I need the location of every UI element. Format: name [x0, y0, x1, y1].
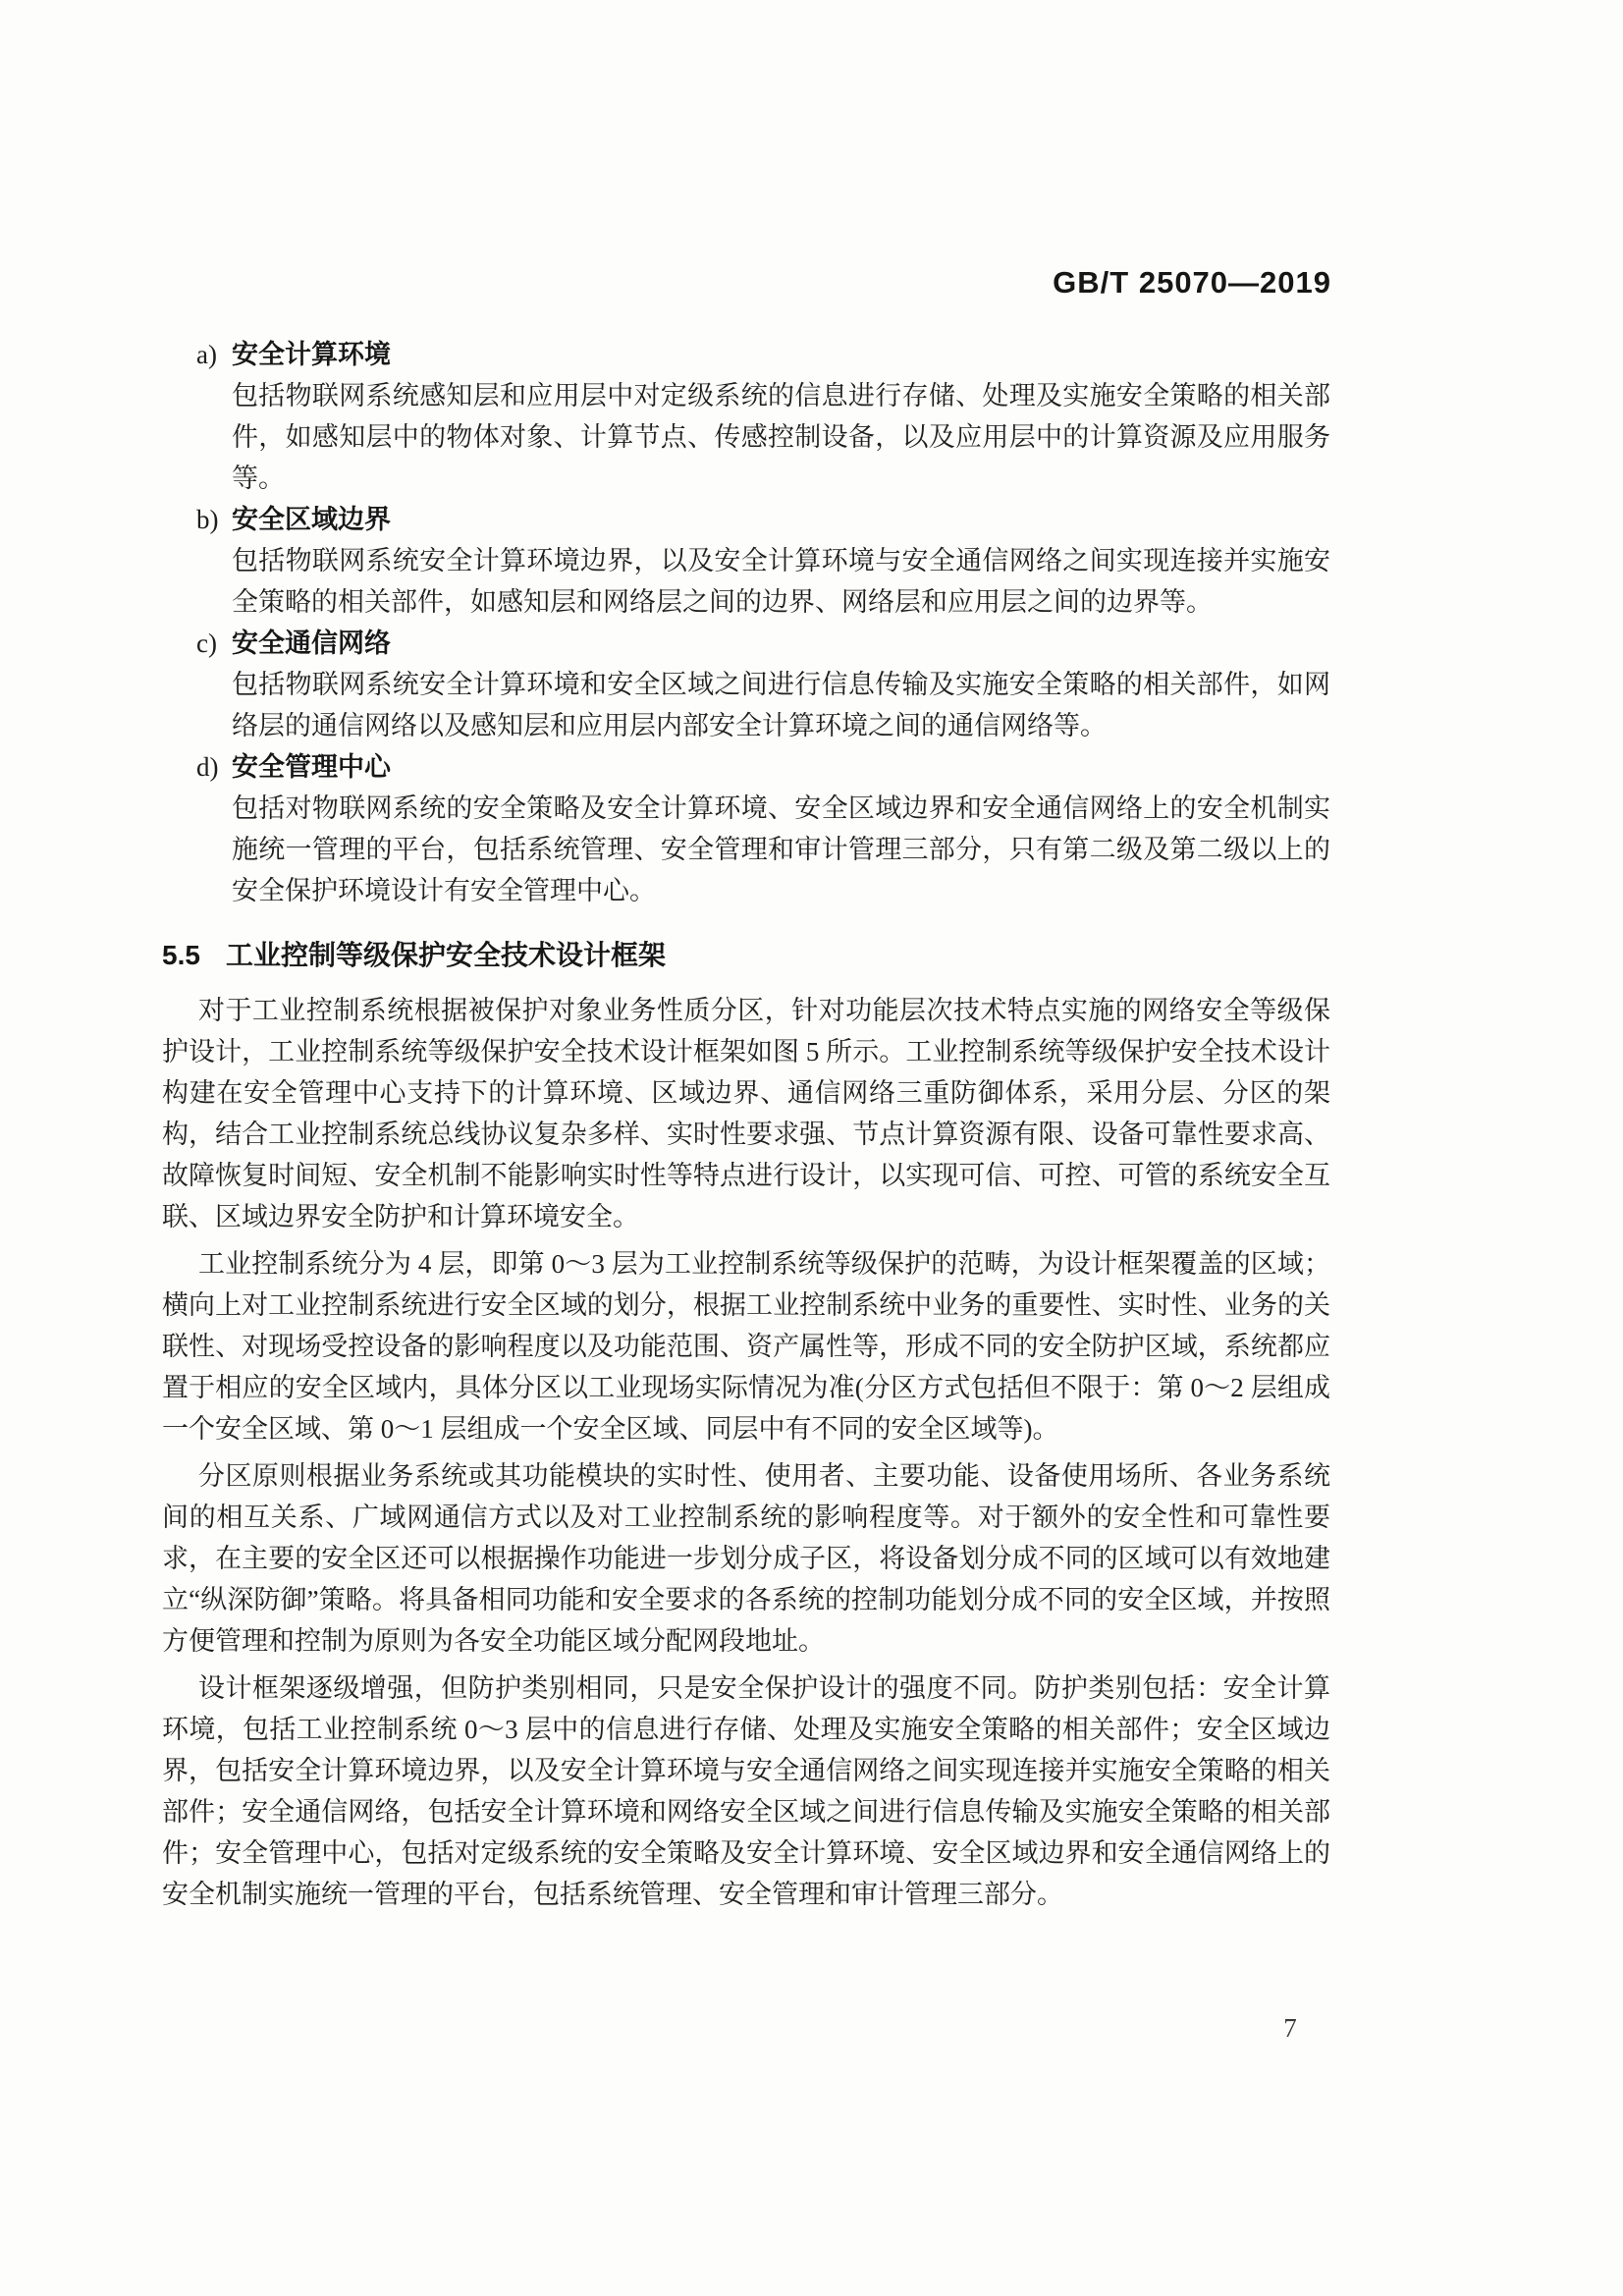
list-item-heading: d) 安全管理中心	[162, 746, 1330, 788]
page-number: 7	[1261, 2013, 1320, 2044]
paragraph-1: 对于工业控制系统根据被保护对象业务性质分区，针对功能层次技术特点实施的网络安全等…	[162, 990, 1330, 1237]
list-item-b: b) 安全区域边界 包括物联网系统安全计算环境边界，以及安全计算环境与安全通信网…	[162, 499, 1330, 623]
list-item-body: 包括物联网系统安全计算环境边界，以及安全计算环境与安全通信网络之间实现连接并实施…	[162, 540, 1330, 623]
document-page: GB/T 25070—2019 a) 安全计算环境 包括物联网系统感知层和应用层…	[0, 0, 1623, 2296]
list-item-heading: c) 安全通信网络	[162, 623, 1330, 664]
page-content: a) 安全计算环境 包括物联网系统感知层和应用层中对定级系统的信息进行存储、处理…	[162, 334, 1330, 1921]
list-item-title: 安全计算环境	[232, 334, 391, 375]
list-item-body: 包括物联网系统安全计算环境和安全区域之间进行信息传输及实施安全策略的相关部件，如…	[162, 664, 1330, 746]
list-item-a: a) 安全计算环境 包括物联网系统感知层和应用层中对定级系统的信息进行存储、处理…	[162, 334, 1330, 499]
list-item-title: 安全管理中心	[232, 746, 391, 788]
standard-number: GB/T 25070—2019	[0, 265, 1331, 301]
section-number: 5.5	[162, 935, 200, 976]
paragraph-3: 分区原则根据业务系统或其功能模块的实时性、使用者、主要功能、设备使用场所、各业务…	[162, 1455, 1330, 1662]
list-item-title: 安全区域边界	[232, 499, 391, 540]
paragraph-2: 工业控制系统分为 4 层，即第 0～3 层为工业控制系统等级保护的范畴，为设计框…	[162, 1243, 1330, 1449]
paragraph-4: 设计框架逐级增强，但防护类别相同，只是安全保护设计的强度不同。防护类别包括：安全…	[162, 1667, 1330, 1915]
list-item-label: d)	[196, 746, 232, 788]
list-item-body: 包括物联网系统感知层和应用层中对定级系统的信息进行存储、处理及实施安全策略的相关…	[162, 375, 1330, 499]
list-item-d: d) 安全管理中心 包括对物联网系统的安全策略及安全计算环境、安全区域边界和安全…	[162, 746, 1330, 911]
list-item-body: 包括对物联网系统的安全策略及安全计算环境、安全区域边界和安全通信网络上的安全机制…	[162, 788, 1330, 911]
list-item-label: c)	[196, 623, 232, 664]
list-item-heading: a) 安全计算环境	[162, 334, 1330, 375]
list-item-label: a)	[196, 334, 232, 375]
list-item-heading: b) 安全区域边界	[162, 499, 1330, 540]
section-title: 工业控制等级保护安全技术设计框架	[226, 935, 666, 976]
section-heading-5-5: 5.5 工业控制等级保护安全技术设计框架	[162, 935, 1330, 976]
definition-list: a) 安全计算环境 包括物联网系统感知层和应用层中对定级系统的信息进行存储、处理…	[162, 334, 1330, 911]
list-item-label: b)	[196, 499, 232, 540]
list-item-c: c) 安全通信网络 包括物联网系统安全计算环境和安全区域之间进行信息传输及实施安…	[162, 623, 1330, 746]
list-item-title: 安全通信网络	[232, 623, 391, 664]
